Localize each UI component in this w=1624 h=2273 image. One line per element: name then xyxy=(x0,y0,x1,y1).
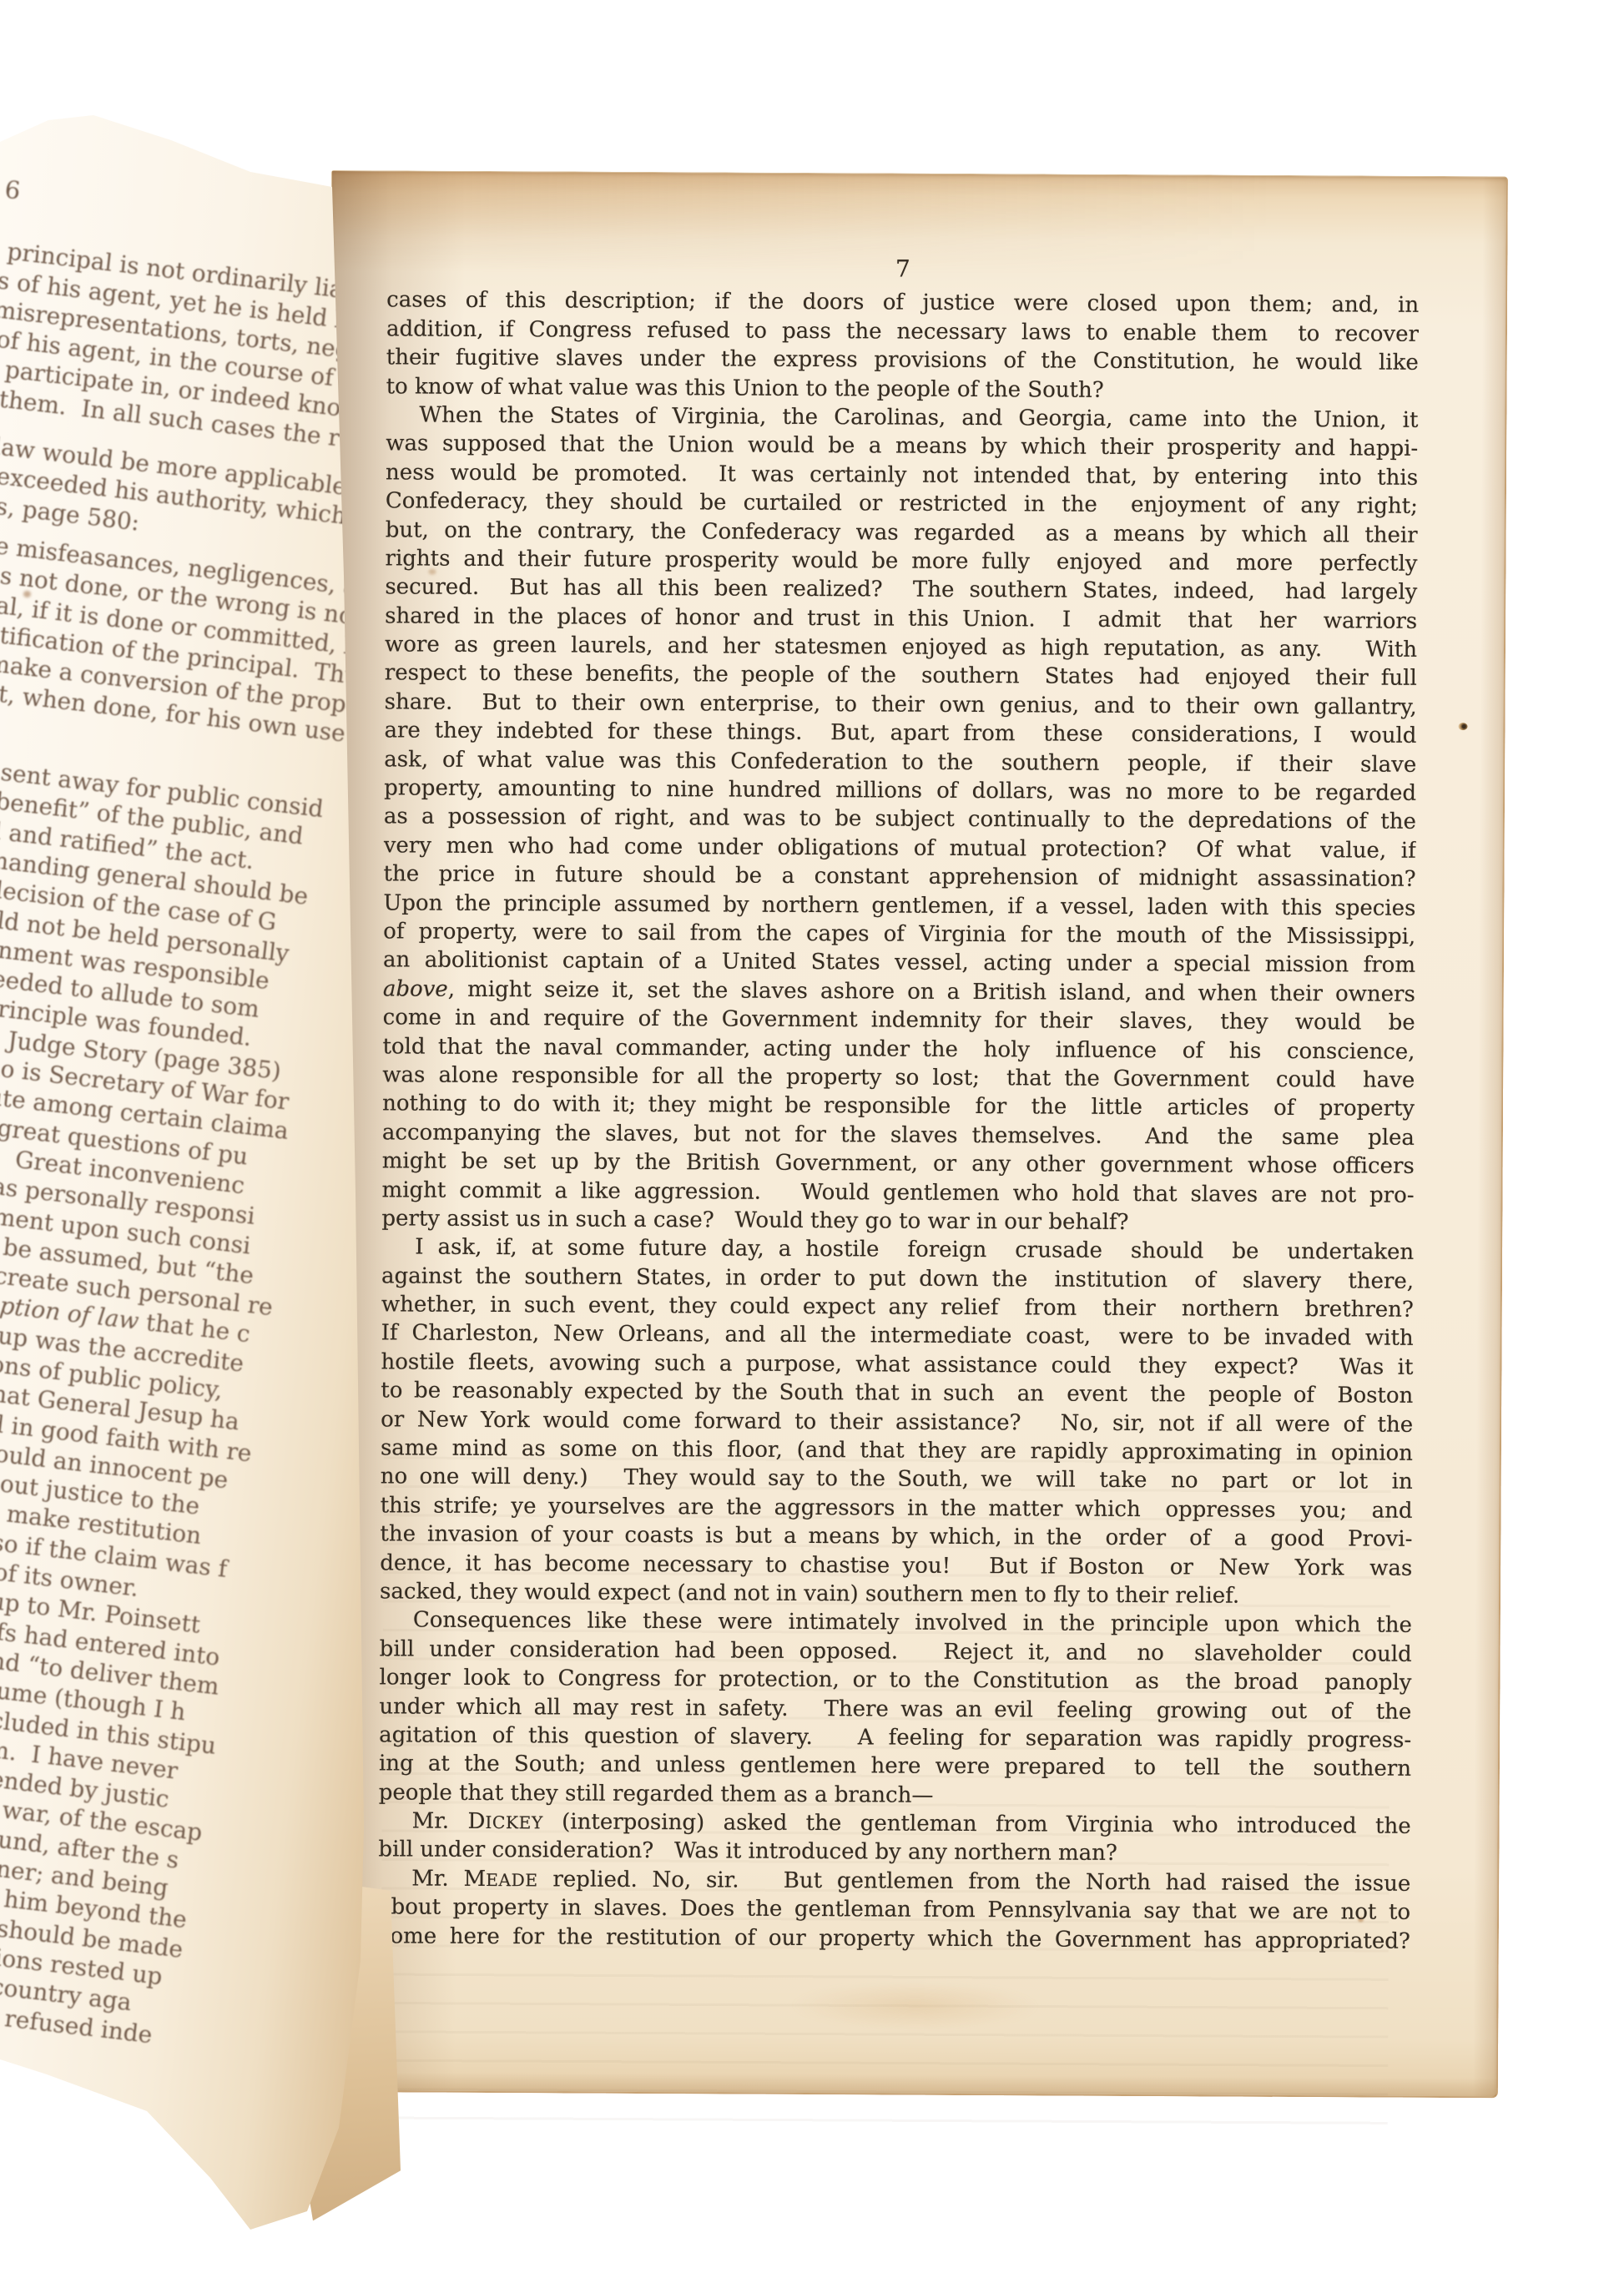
book-photo: 7 cases of this description; if the door… xyxy=(0,0,1624,2273)
page-right-edge-shade xyxy=(1473,177,1506,2096)
right-page-text: 7 cases of this description; if the door… xyxy=(378,252,1420,1955)
text-line: their fugitive slaves under the express … xyxy=(386,344,1419,378)
wormhole-speck xyxy=(1459,723,1468,730)
left-page: 6 e principal is not ordinarily liable, … xyxy=(0,108,392,2232)
right-page-folio: 7 xyxy=(386,252,1419,286)
right-page: 7 cases of this description; if the door… xyxy=(321,170,1508,2098)
right-page-lines: cases of this description; if the doors … xyxy=(378,286,1419,1956)
text-line: longer look to Congress for protection, … xyxy=(379,1663,1411,1697)
text-line: Confederacy, they should be curtailed or… xyxy=(386,486,1418,521)
text-line: come in and require of the Government in… xyxy=(383,1003,1415,1037)
text-line: the invasion of your coasts is but a mea… xyxy=(380,1520,1412,1555)
text-line: the price in future should be a constant… xyxy=(383,860,1415,895)
text-line: might be set up by the British Governmen… xyxy=(382,1147,1415,1181)
text-line: come here for the restitution of our pro… xyxy=(378,1922,1410,1956)
